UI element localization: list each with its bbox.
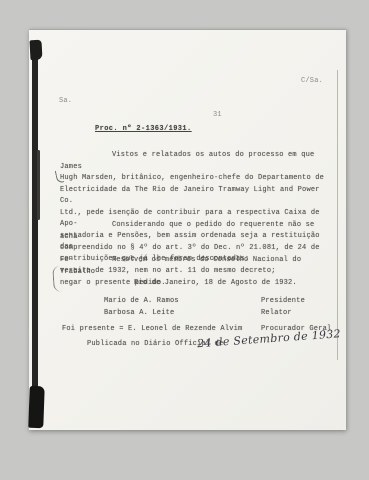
corner-note: C/Sa. — [301, 76, 323, 88]
scanned-document-page: C/Sa. Sa. 31 Proc. nº 2-1363/1931. Visto… — [29, 29, 346, 430]
presence-text: Foi presente = E. Leonel de Rezende Alvi… — [62, 324, 242, 336]
margin-note: Sa. — [59, 96, 72, 108]
scan-right-edge-line — [337, 70, 338, 360]
process-number-heading: Proc. nº 2-1363/1931. — [95, 124, 192, 136]
scan-edge-artifact — [32, 42, 38, 414]
president-signature-role: Presidente — [261, 296, 305, 308]
scan-edge-tick — [37, 150, 40, 220]
scan-edge-blob-top — [29, 40, 42, 61]
place-date-line: Rio de Janeiro, 18 de Agosto de 1932. — [134, 278, 297, 290]
president-signature-name: Mario de A. Ramos — [104, 296, 179, 308]
scan-edge-blob-bottom — [28, 386, 44, 428]
page-number: 31 — [213, 110, 222, 122]
relator-signature-name: Barbosa A. Leite — [104, 308, 174, 320]
relator-signature-role: Relator — [261, 308, 292, 320]
